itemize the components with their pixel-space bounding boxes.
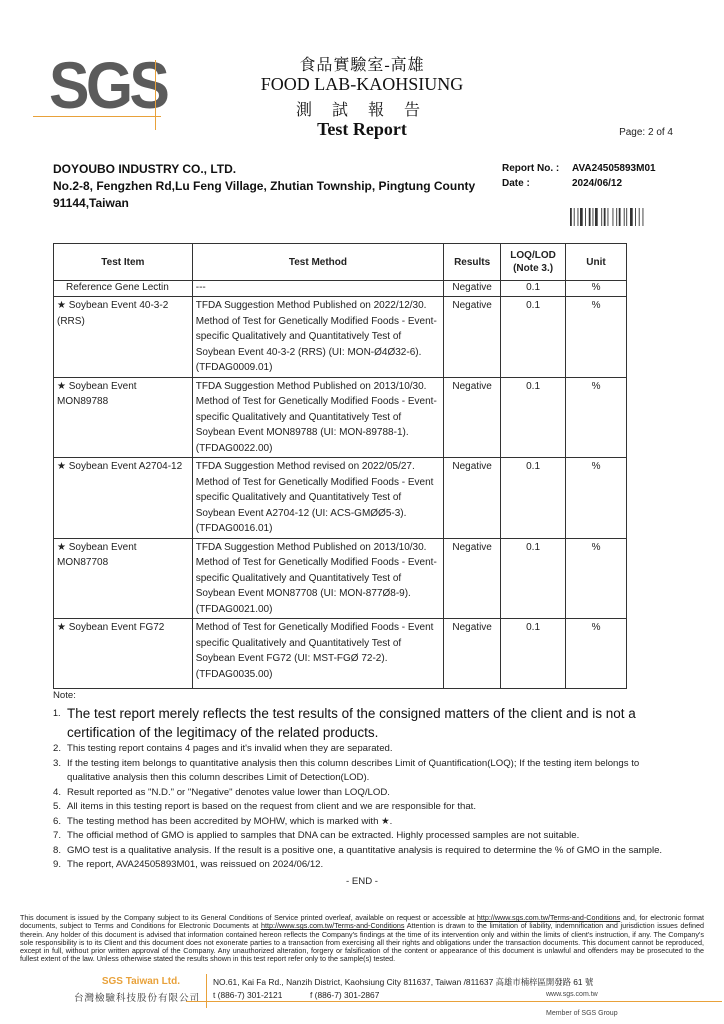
note-item: 4.Result reported as "N.D." or "Negative… — [53, 786, 683, 801]
cell-result: Negative — [444, 281, 501, 297]
footer-phone: t (886-7) 301-2121 — [213, 990, 282, 1000]
client-block: DOYOUBO INDUSTRY CO., LTD. No.2-8, Fengz… — [53, 161, 475, 212]
cell-result: Negative — [444, 297, 501, 378]
cell-unit: % — [566, 538, 627, 619]
report-date: 2024/06/12 — [572, 178, 622, 189]
cell-test-item: Reference Gene Lectin — [54, 281, 193, 297]
cell-unit: % — [566, 377, 627, 458]
footer-member: Member of SGS Group — [546, 1010, 618, 1017]
note-text: GMO test is a qualitative analysis. If t… — [67, 844, 662, 859]
cell-loq: 0.1 — [501, 619, 566, 689]
cell-loq: 0.1 — [501, 281, 566, 297]
note-number: 8. — [53, 844, 67, 859]
col-header-loq-lod: LOQ/LOD(Note 3.) — [501, 244, 566, 281]
disclaimer: This document is issued by the Company s… — [20, 914, 704, 964]
report-title-en: Test Report — [0, 119, 724, 140]
cell-loq: 0.1 — [501, 458, 566, 539]
note-item: 6.The testing method has been accredited… — [53, 815, 683, 830]
cell-result: Negative — [444, 377, 501, 458]
col-header-test-method: Test Method — [192, 244, 443, 281]
cell-loq: 0.1 — [501, 377, 566, 458]
cell-result: Negative — [444, 538, 501, 619]
end-marker: - END - — [0, 876, 724, 887]
notes-title: Note: — [53, 690, 683, 701]
cell-unit: % — [566, 281, 627, 297]
footer-fax: f (886-7) 301-2867 — [310, 990, 379, 1000]
note-item: 3.If the testing item belongs to quantit… — [53, 757, 683, 786]
barcode — [570, 208, 672, 226]
table-row: ★ Soybean Event FG72 Method of Test for … — [54, 619, 627, 689]
footer-address: NO.61, Kai Fa Rd., Nanzih District, Kaoh… — [213, 976, 593, 988]
note-item: 7.The official method of GMO is applied … — [53, 829, 683, 844]
cell-test-method: TFDA Suggestion Method Published on 2022… — [192, 297, 443, 378]
note-number: 2. — [53, 742, 67, 757]
cell-test-item: ★ Soybean Event MON87708 — [54, 538, 193, 619]
date-label: Date : — [502, 176, 572, 191]
lab-name-en: FOOD LAB-KAOHSIUNG — [0, 74, 724, 95]
note-text: This testing report contains 4 pages and… — [67, 742, 393, 757]
note-text: If the testing item belongs to quantitat… — [67, 757, 683, 786]
cell-loq: 0.1 — [501, 297, 566, 378]
footer-company-en: SGS Taiwan Ltd. — [102, 976, 180, 987]
cell-test-method: Method of Test for Genetically Modified … — [192, 619, 443, 689]
note-item: 9.The report, AVA24505893M01, was reissu… — [53, 858, 683, 873]
note-text: The official method of GMO is applied to… — [67, 829, 579, 844]
table-row: ★ Soybean Event 40-3-2 (RRS) TFDA Sugges… — [54, 297, 627, 378]
note-text: All items in this testing report is base… — [67, 800, 476, 815]
cell-test-item: ★ Soybean Event 40-3-2 (RRS) — [54, 297, 193, 378]
note-number: 6. — [53, 815, 67, 830]
cell-unit: % — [566, 619, 627, 689]
table-row: ★ Soybean Event MON87708 TFDA Suggestion… — [54, 538, 627, 619]
footer-divider — [206, 974, 207, 1008]
note-text: Result reported as "N.D." or "Negative" … — [67, 786, 390, 801]
report-meta: Report No. :AVA24505893M01 Date :2024/06… — [502, 161, 656, 191]
table-row: ★ Soybean Event MON89788 TFDA Suggestion… — [54, 377, 627, 458]
report-title-cn: 測 試 報 告 — [0, 97, 724, 120]
cell-test-item: ★ Soybean Event A2704-12 — [54, 458, 193, 539]
note-item: 2.This testing report contains 4 pages a… — [53, 742, 683, 757]
page-number: Page: 2 of 4 — [619, 127, 673, 138]
note-item: 8.GMO test is a qualitative analysis. If… — [53, 844, 683, 859]
note-text: The test report merely reflects the test… — [67, 704, 683, 742]
loq-lod-label: LOQ/LOD — [510, 250, 556, 261]
cell-unit: % — [566, 297, 627, 378]
cell-loq: 0.1 — [501, 538, 566, 619]
table-header-row: Test Item Test Method Results LOQ/LOD(No… — [54, 244, 627, 281]
note-number: 5. — [53, 800, 67, 815]
note-item: 5.All items in this testing report is ba… — [53, 800, 683, 815]
col-header-results: Results — [444, 244, 501, 281]
report-no: AVA24505893M01 — [572, 163, 656, 174]
footer-company-cn: 台灣檢驗科技股份有限公司 — [74, 990, 200, 1004]
col-header-test-item: Test Item — [54, 244, 193, 281]
table-row: ★ Soybean Event A2704-12 TFDA Suggestion… — [54, 458, 627, 539]
note-number: 9. — [53, 858, 67, 873]
note-item: 1.The test report merely reflects the te… — [53, 704, 683, 742]
notes-section: Note: 1.The test report merely reflects … — [53, 690, 683, 873]
note-number: 4. — [53, 786, 67, 801]
cell-result: Negative — [444, 619, 501, 689]
table-row: Reference Gene Lectin --- Negative 0.1 % — [54, 281, 627, 297]
report-no-label: Report No. : — [502, 161, 572, 176]
cell-test-method: TFDA Suggestion Method revised on 2022/0… — [192, 458, 443, 539]
note-text: The testing method has been accredited b… — [67, 815, 392, 830]
cell-result: Negative — [444, 458, 501, 539]
note-number: 3. — [53, 757, 67, 786]
loq-note-label: (Note 3.) — [513, 263, 553, 274]
cell-test-item: ★ Soybean Event MON89788 — [54, 377, 193, 458]
client-address-line2: 91144,Taiwan — [53, 195, 475, 212]
note-number: 1. — [53, 704, 67, 742]
note-text: The report, AVA24505893M01, was reissued… — [67, 858, 323, 873]
footer-rule — [186, 1001, 722, 1002]
cell-test-method: TFDA Suggestion Method Published on 2013… — [192, 377, 443, 458]
lab-name-cn: 食品實驗室-高雄 — [0, 52, 724, 75]
cell-unit: % — [566, 458, 627, 539]
results-table: Test Item Test Method Results LOQ/LOD(No… — [53, 243, 627, 689]
note-number: 7. — [53, 829, 67, 844]
col-header-unit: Unit — [566, 244, 627, 281]
footer-website[interactable]: www.sgs.com.tw — [546, 991, 598, 998]
cell-test-method: TFDA Suggestion Method Published on 2013… — [192, 538, 443, 619]
cell-test-item: ★ Soybean Event FG72 — [54, 619, 193, 689]
client-address-line1: No.2-8, Fengzhen Rd,Lu Feng Village, Zhu… — [53, 178, 475, 195]
cell-test-method: --- — [192, 281, 443, 297]
client-name: DOYOUBO INDUSTRY CO., LTD. — [53, 161, 475, 178]
